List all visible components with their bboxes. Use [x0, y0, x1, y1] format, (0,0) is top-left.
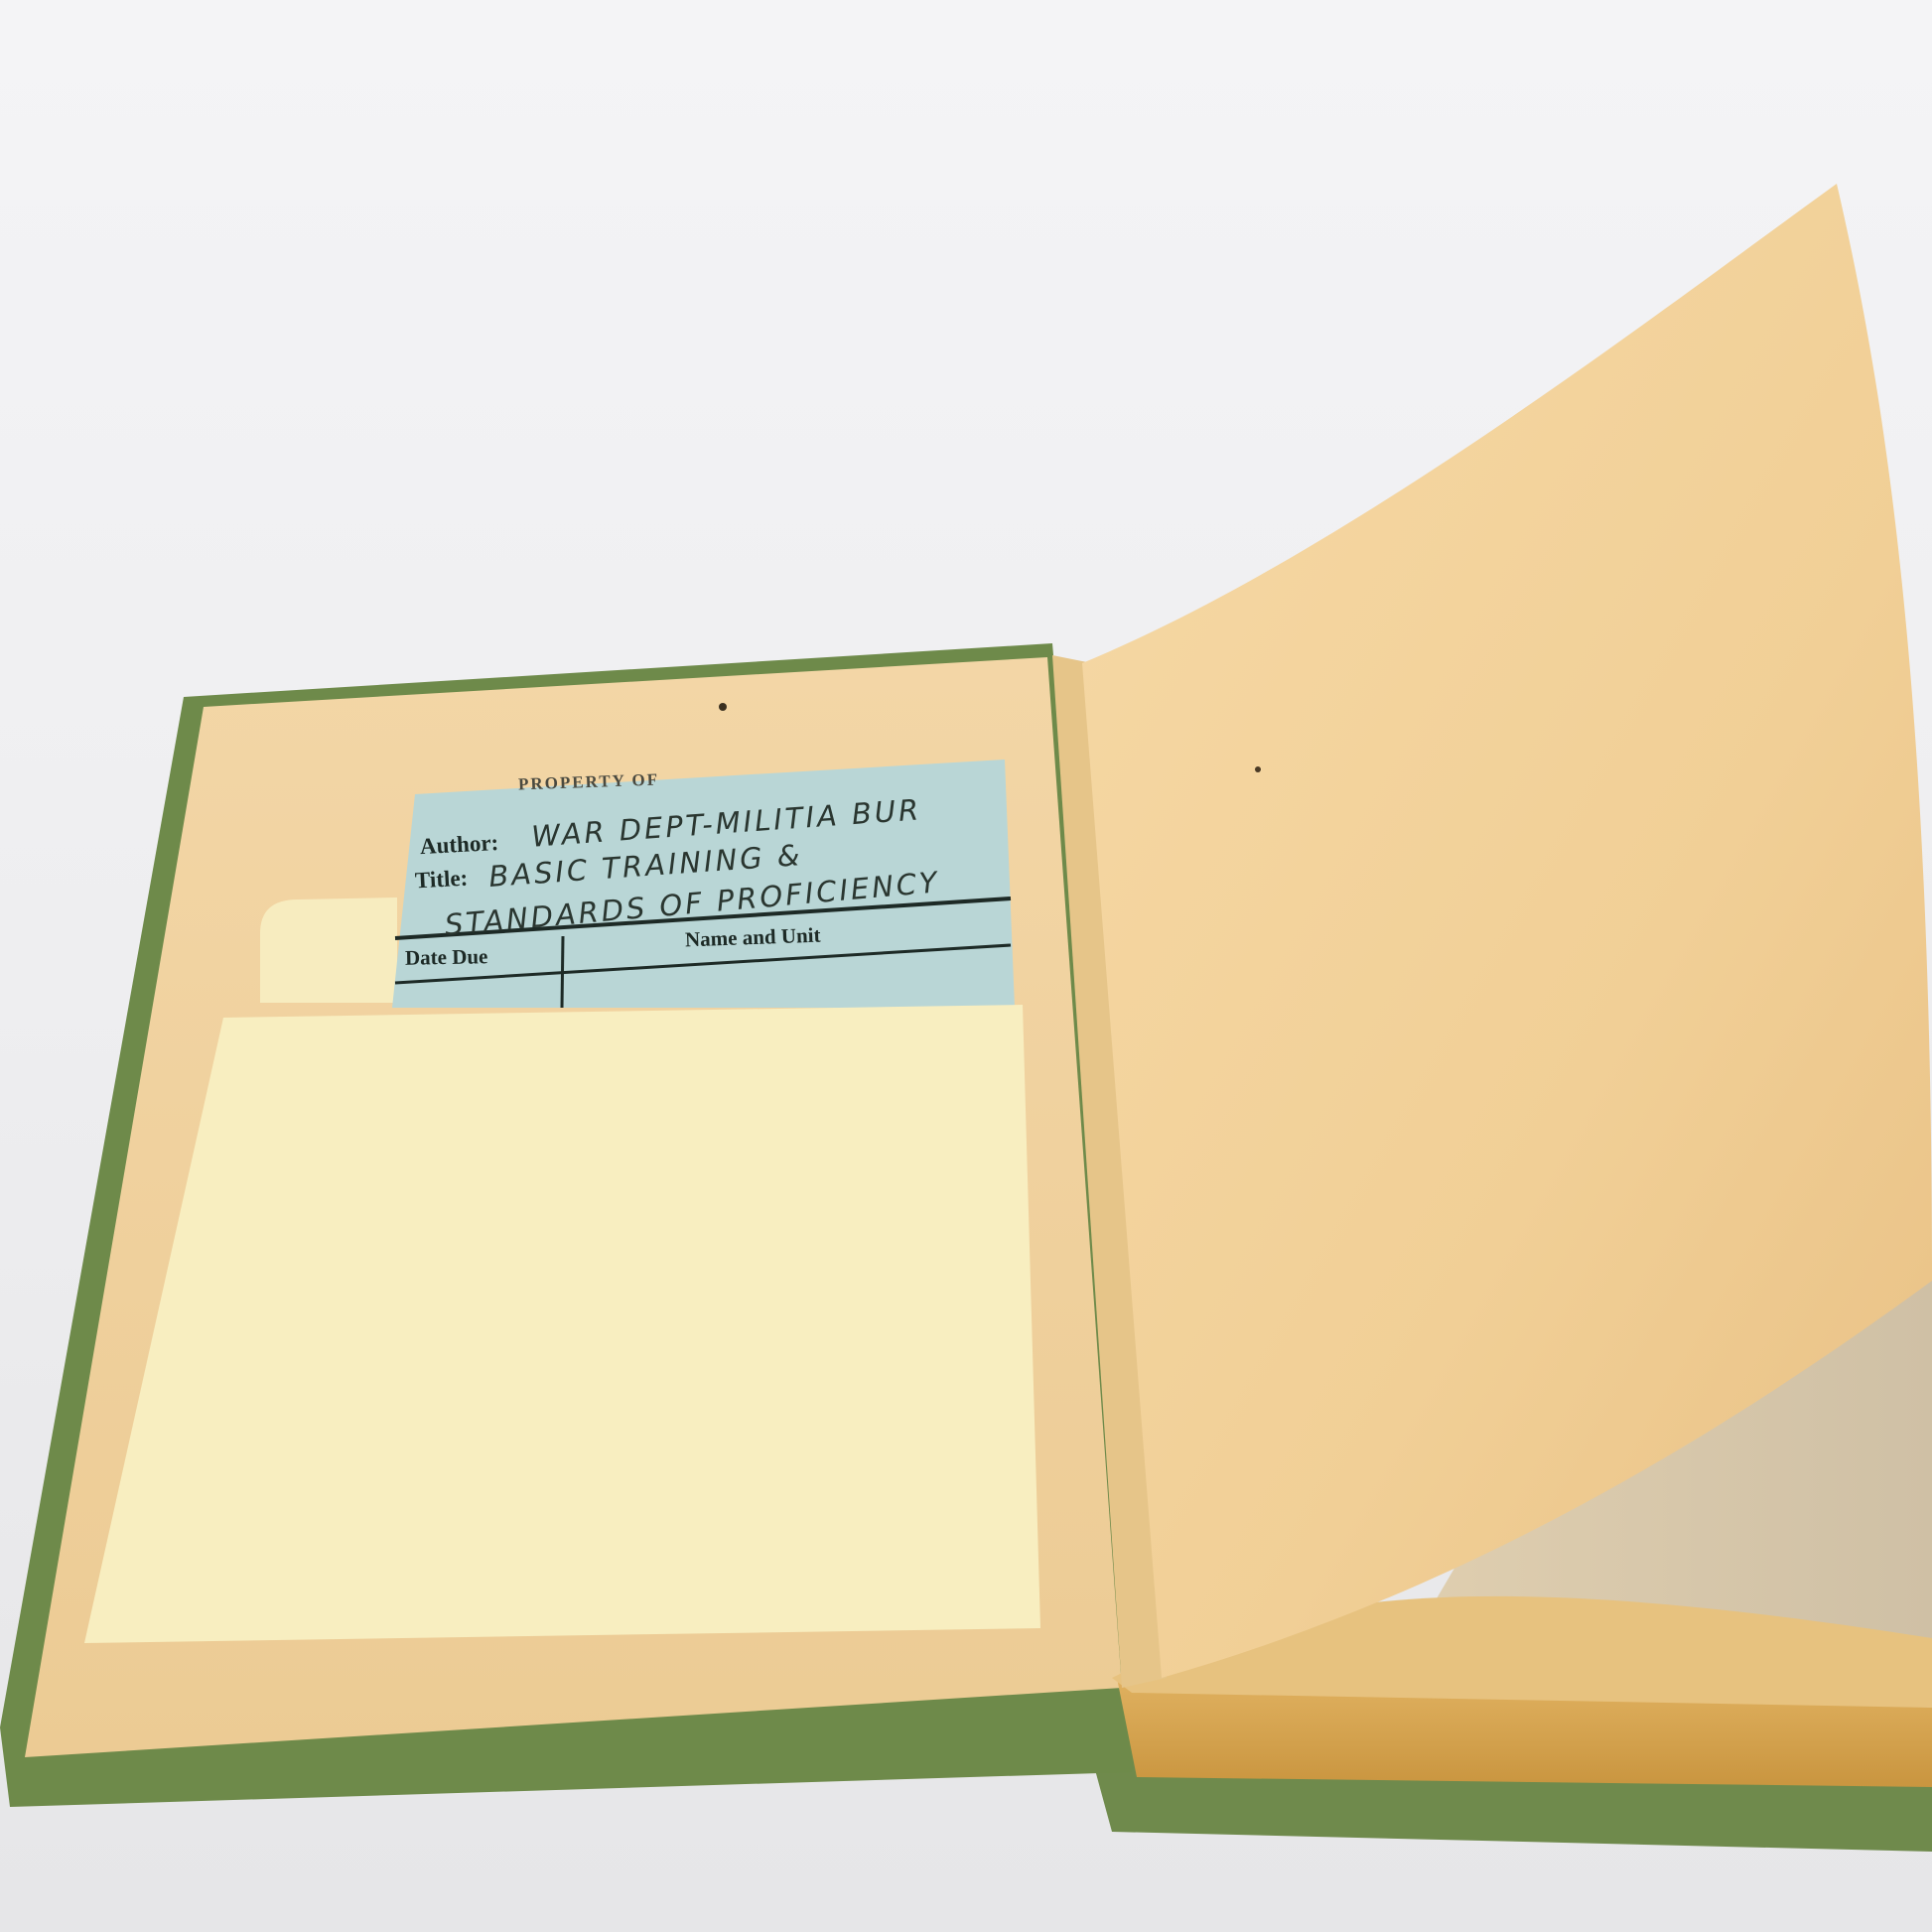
title-label: Title:	[414, 866, 469, 895]
column-name-and-unit: Name and Unit	[685, 923, 821, 953]
card-pocket	[84, 1005, 1040, 1643]
pocket-tab	[260, 897, 397, 1003]
author-label: Author:	[419, 830, 498, 860]
book-scene	[0, 0, 1932, 1932]
column-date-due: Date Due	[405, 944, 488, 970]
